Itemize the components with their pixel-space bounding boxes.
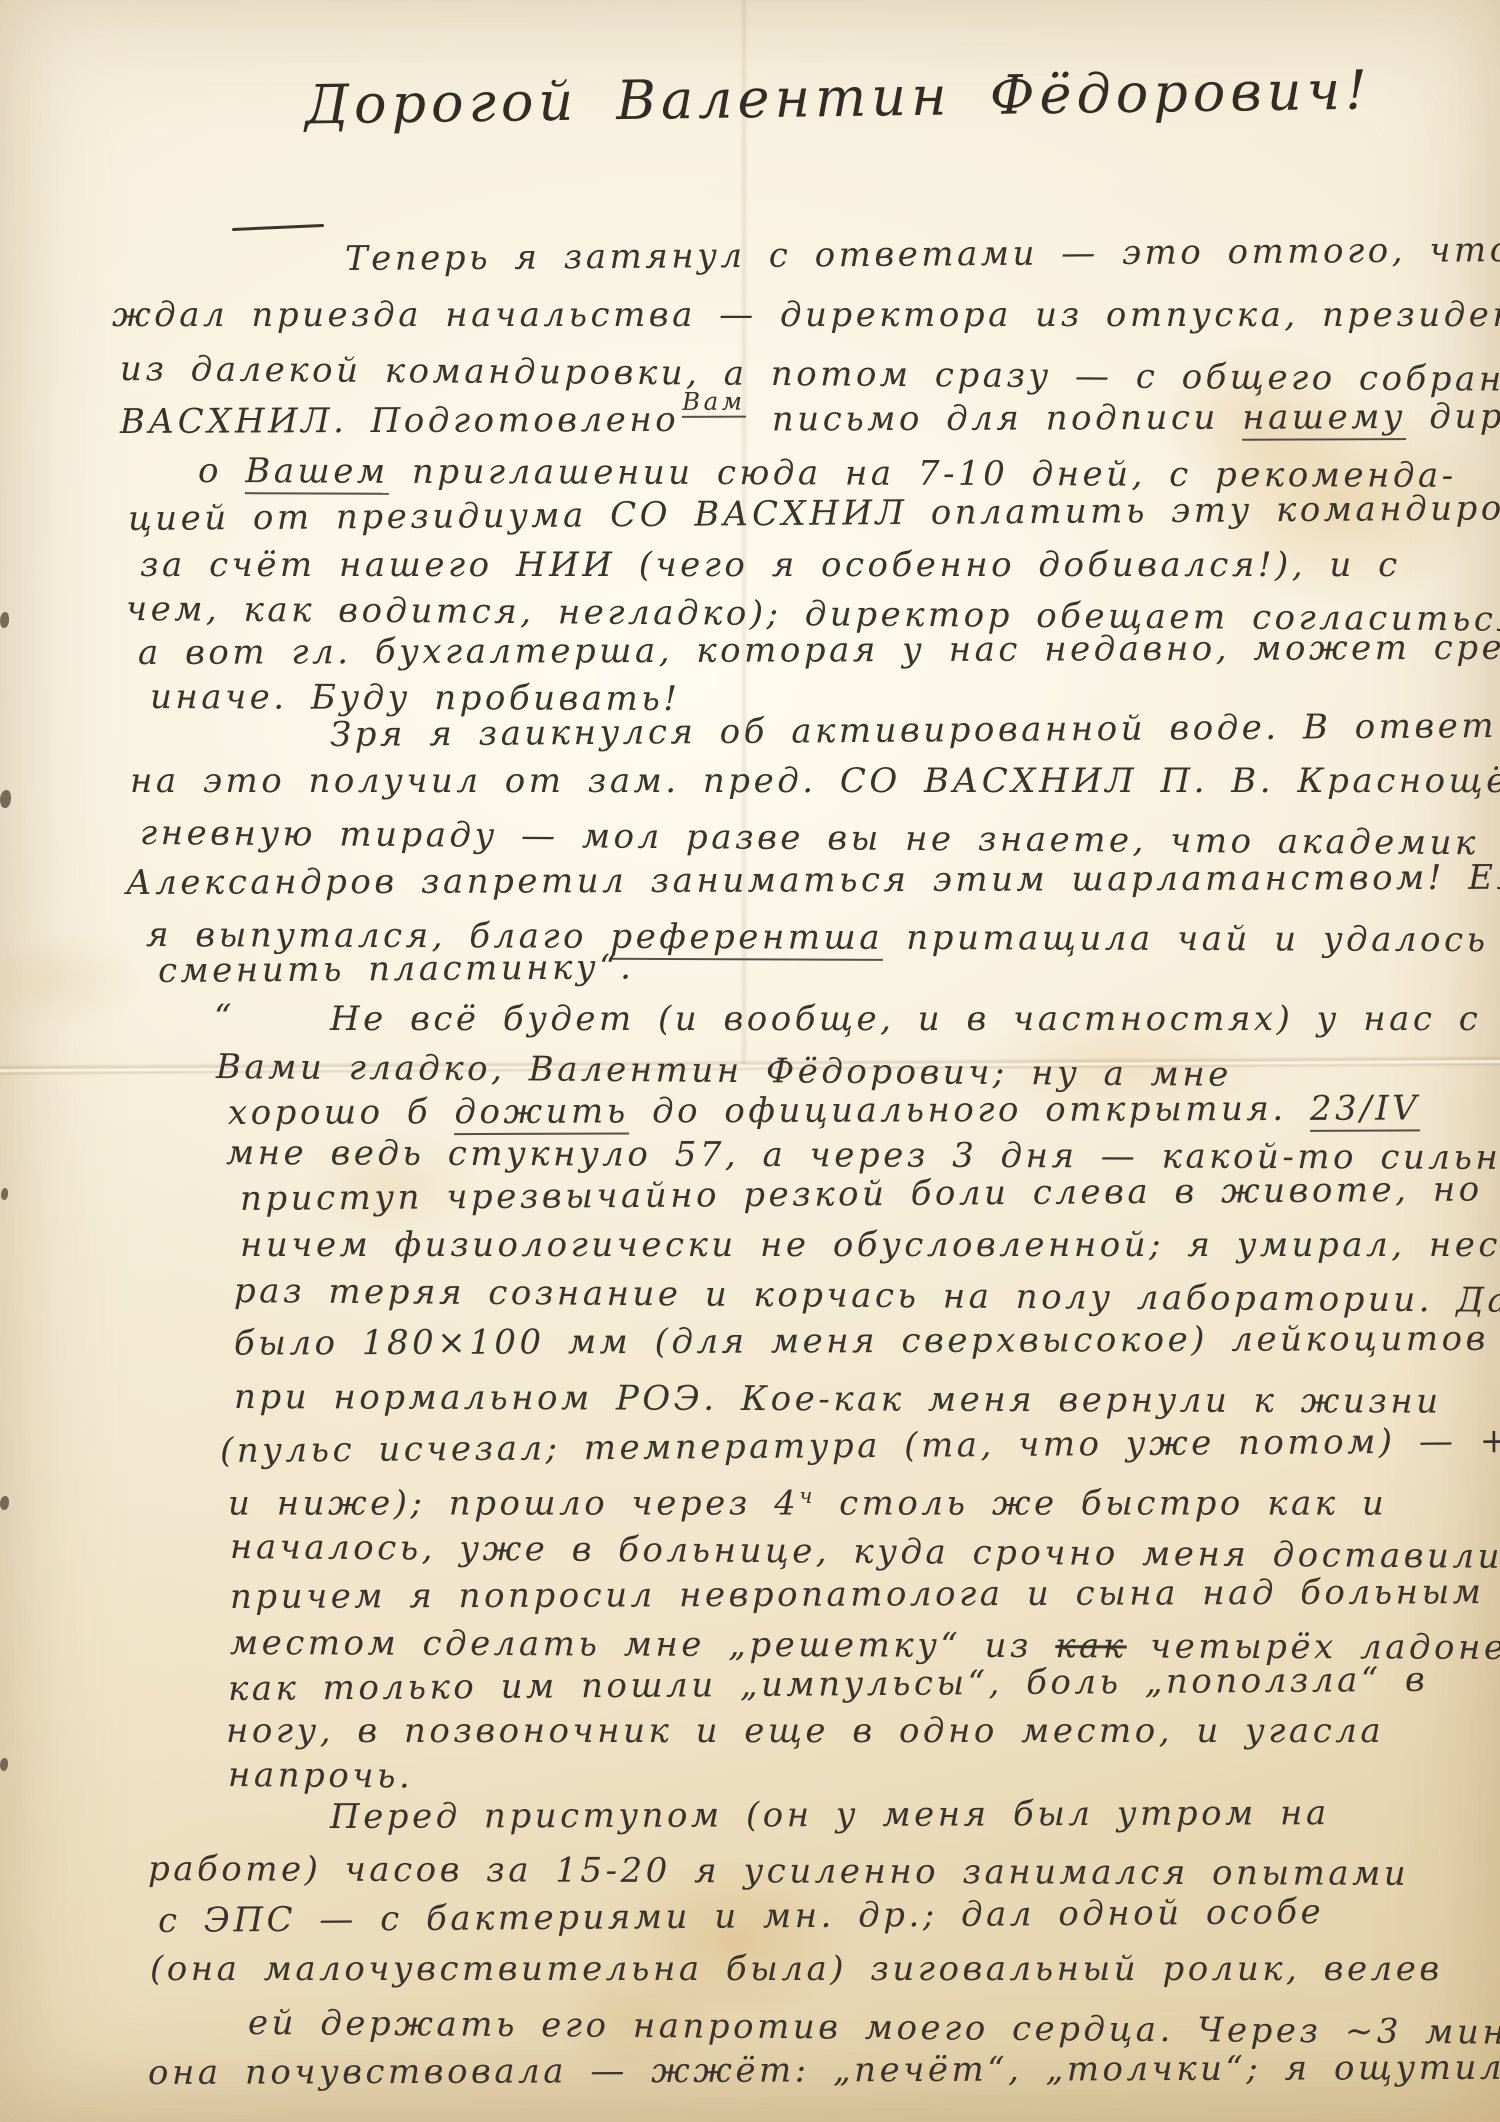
line-segment: Теперь я затянул с ответами — это оттого… <box>345 230 1500 279</box>
letter-line: Вами гладко, Валентин Фёдорович; ну а мн… <box>216 1048 1232 1095</box>
line-segment: ничем физиологически не обусловленной; я… <box>240 1225 1500 1265</box>
letter-line: ей держать его напротив моего сердца. Че… <box>248 2004 1500 2053</box>
letter-line: гневную тираду — мол разве вы не знаете,… <box>140 814 1479 863</box>
letter-line: Не всё будет (и вообще, и в частностях) … <box>330 1000 1481 1039</box>
letter-line: Александров запретил заниматься этим шар… <box>126 858 1500 903</box>
line-segment: причем я попросил невропатолога и сына н… <box>230 1572 1485 1617</box>
line-segment: она почувствовала — жжёт: „печёт“, „толч… <box>148 2048 1500 2093</box>
stray-dash-mark <box>232 224 324 231</box>
line-segment: ногу, в позвоночник и еще в одно место, … <box>226 1711 1384 1751</box>
letter-line: работе) часов за 15-20 я усиленно занима… <box>148 1850 1409 1894</box>
line-segment: ВАСХНИЛ. Подготовлено <box>120 400 679 442</box>
line-segment: гневную тираду — мол разве вы не знаете,… <box>140 813 1479 863</box>
letter-line: ничем физиологически не обусловленной; я… <box>240 1226 1500 1265</box>
letter-line: Перед приступом (он у меня был утром на <box>330 1794 1330 1837</box>
line-segment: столь же быстро как и <box>816 1484 1387 1524</box>
letter-line: за счёт нашего НИИ (чего я особенно доби… <box>140 546 1401 585</box>
line-segment: работе) часов за 15-20 я усиленно занима… <box>148 1849 1409 1894</box>
line-segment: при нормальном РОЭ. Кое-как меня вернули… <box>234 1377 1442 1422</box>
letter-line: сменить пластинку“. <box>158 948 635 991</box>
letter-line: (она малочувствительна была) зиговальный… <box>150 1950 1443 1989</box>
line-segment: началось, уже в больнице, куда срочно ме… <box>230 1527 1500 1577</box>
line-segment: (пульс исчезал; температура (та, что уже… <box>220 1419 1500 1471</box>
line-segment: ждал приезда начальства — директора из о… <box>112 295 1500 335</box>
line-segment: ей держать его напротив моего сердца. Че… <box>248 2003 1500 2053</box>
letter-line: напрочь. <box>228 1756 414 1797</box>
line-segment: цией от президиума СО ВАСХНИЛ оплатить э… <box>128 488 1500 539</box>
line-segment: местом сделать мне „решетку“ из <box>230 1623 1055 1666</box>
letter-line: причем я попросил невропатолога и сына н… <box>230 1573 1485 1617</box>
letter-line: Зря я заикнулся об активированной воде. … <box>330 707 1497 755</box>
line-segment: на это получил от зам. пред. СО ВАСХНИЛ … <box>130 761 1500 801</box>
line-segment: Перед приступом (он у меня был утром на <box>330 1793 1330 1837</box>
line-segment: за счёт нашего НИИ (чего я особенно доби… <box>140 545 1401 585</box>
salutation: Дорогой Валентин Фёдорович! <box>305 61 1373 135</box>
line-segment: Александров запретил заниматься этим шар… <box>126 857 1500 903</box>
line-segment: с ЭПС — с бактериями и мн. др.; дал одно… <box>158 1892 1325 1941</box>
letter-line: как только им пошли „импульсы“, боль „по… <box>228 1661 1429 1709</box>
line-segment: Вашем <box>245 451 388 495</box>
line-segment: а вот гл. бухгалтерша, которая у нас нед… <box>138 627 1500 673</box>
scan-edge-artifact <box>1 1188 8 1200</box>
line-segment: напрочь. <box>228 1755 414 1796</box>
letter-line: она почувствовала — жжёт: „печёт“, „толч… <box>148 2049 1500 2093</box>
letter-line: ногу, в позвоночник и еще в одно место, … <box>226 1712 1384 1751</box>
line-segment: референтша <box>610 917 883 961</box>
line-segment: дожить <box>454 1091 628 1135</box>
line-segment: директору <box>1406 396 1500 437</box>
line-segment: Не всё будет (и вообще, и в частностях) … <box>330 999 1481 1039</box>
letter-line: при нормальном РОЭ. Кое-как меня вернули… <box>234 1378 1442 1422</box>
letter-line: (пульс исчезал; температура (та, что уже… <box>220 1420 1500 1471</box>
letter-line: из далекой командировки, а потом сразу —… <box>120 350 1500 400</box>
line-segment: как <box>1055 1626 1127 1666</box>
line-segment: и ниже); прошло через 4 <box>228 1484 799 1524</box>
letter-line: приступ чрезвычайно резкой боли слева в … <box>240 1170 1483 1219</box>
letter-page: Дорогой Валентин Фёдорович! Теперь я зат… <box>0 0 1500 2122</box>
letter-line: цией от президиума СО ВАСХНИЛ оплатить э… <box>128 489 1500 539</box>
line-segment: до официального открытия. <box>629 1089 1310 1132</box>
inserted-word: Вам <box>682 388 745 418</box>
line-segment: Вами гладко, Валентин Фёдорович; ну а мн… <box>216 1047 1232 1095</box>
line-segment: о <box>198 451 245 491</box>
line-segment: Зря я заикнулся об активированной воде. … <box>330 706 1497 755</box>
line-segment: из далекой командировки, а потом сразу —… <box>120 349 1500 400</box>
scan-edge-artifact <box>0 612 9 628</box>
letter-line: с ЭПС — с бактериями и мн. др.; дал одно… <box>158 1893 1325 1941</box>
letter-line: на это получил от зам. пред. СО ВАСХНИЛ … <box>130 762 1500 801</box>
line-segment: сменить пластинку“. <box>158 947 635 991</box>
scan-edge-artifact <box>0 1496 9 1510</box>
line-segment: как только им пошли „импульсы“, боль „по… <box>228 1660 1429 1709</box>
line-segment: письмо для подписи <box>748 398 1242 440</box>
letter-line: раз теряя сознание и корчась на полу лаб… <box>234 1272 1500 1322</box>
line-segment: хорошо б <box>228 1092 455 1133</box>
line-segment: (она малочувствительна была) зиговальный… <box>150 1949 1443 1989</box>
scan-edge-artifact <box>0 790 11 808</box>
letter-line: было 180×100 мм (для меня сверхвысокое) … <box>234 1318 1500 1363</box>
letter-line: хорошо б дожить до официального открытия… <box>228 1089 1420 1133</box>
line-segment: ч <box>799 1483 816 1508</box>
line-segment: притащила чай и удалось <box>883 918 1489 960</box>
letter-line: ВАСХНИЛ. ПодготовленоВам письмо для подп… <box>120 397 1500 442</box>
letter-line: а вот гл. бухгалтерша, которая у нас нед… <box>138 628 1500 673</box>
line-segment: приступ чрезвычайно резкой боли слева в … <box>240 1169 1483 1219</box>
line-segment: нашему <box>1242 397 1406 441</box>
letter-line: и ниже); прошло через 4ч столь же быстро… <box>228 1484 1387 1524</box>
line-segment: раз теряя сознание и корчась на полу лаб… <box>234 1271 1500 1322</box>
letter-line: Теперь я затянул с ответами — это оттого… <box>345 231 1500 279</box>
letter-line: началось, уже в больнице, куда срочно ме… <box>230 1528 1500 1577</box>
letter-line: ждал приезда начальства — директора из о… <box>112 296 1500 335</box>
scan-edge-artifact <box>0 1758 8 1771</box>
line-segment: 23/IV <box>1310 1088 1420 1131</box>
line-segment: было 180×100 мм (для меня сверхвысокое) … <box>234 1318 1500 1364</box>
stray-quote-mark: “ <box>214 1000 231 1034</box>
